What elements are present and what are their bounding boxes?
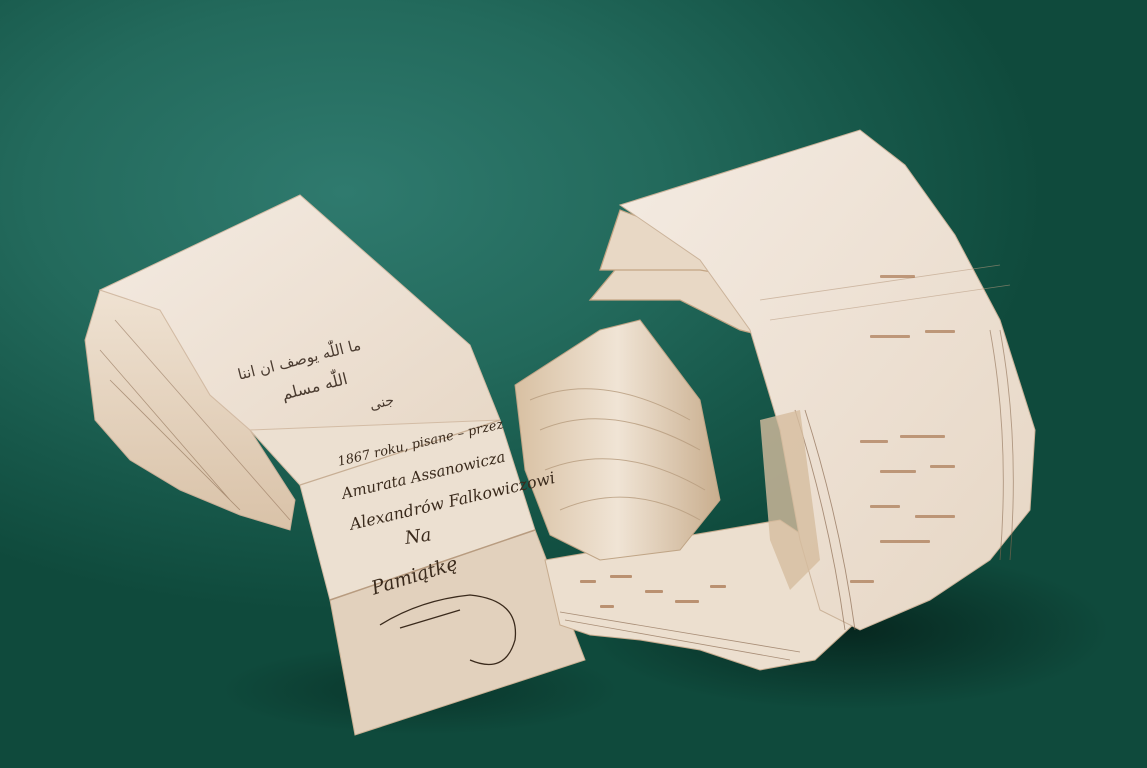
photo-scene: ما اللّٰه يوصف ان اننا اللّٰه مسلم جنى 1… [0,0,1147,768]
scroll-illustration [0,0,1147,768]
inscription-line: Na [404,524,433,548]
scroll-roll [515,320,720,560]
